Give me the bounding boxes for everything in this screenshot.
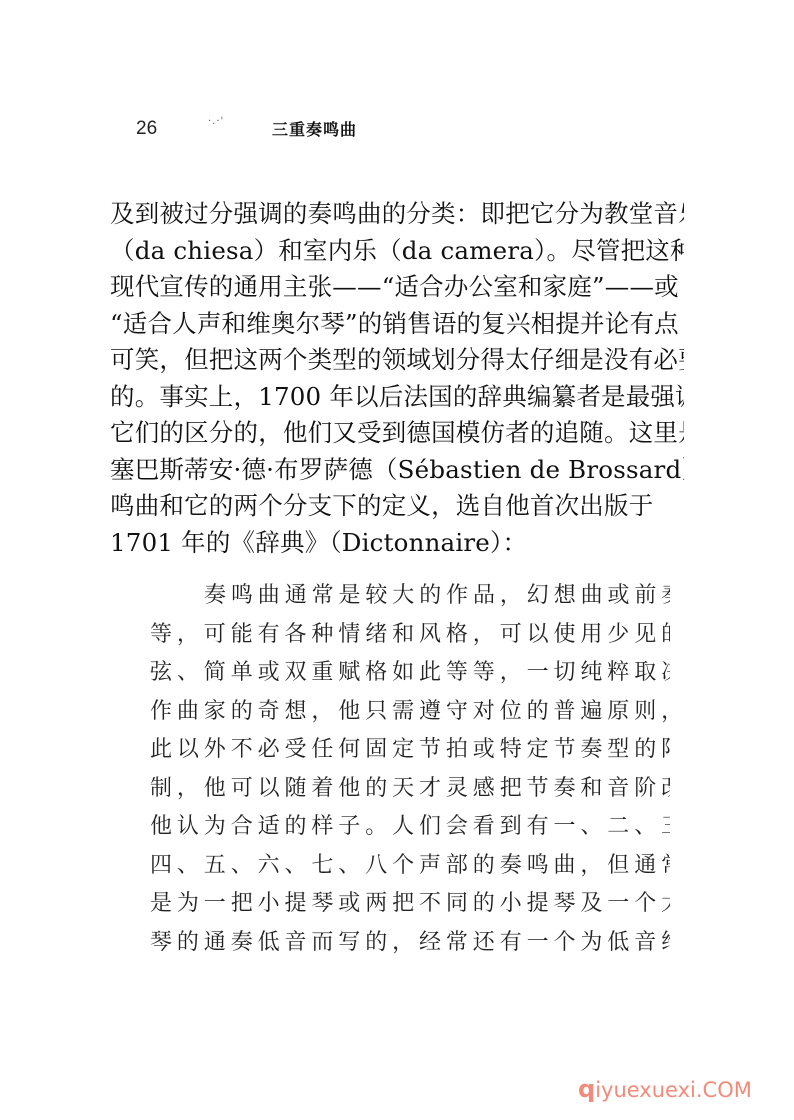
page-number: 26 [136,118,157,140]
body-line: 现代宣传的通用主张——“适合办公室和家庭”——或 [110,269,684,306]
body-line: （da chiesa）和室内乐（da camera）。尽管把这种分类和 [110,233,684,270]
body-line: “适合人声和维奥尔琴”的销售语的复兴相提并论有点 [110,306,684,343]
quote-line: 制，他可以随着他的天才灵感把节奏和音阶改成 [150,770,670,809]
body-line: 可笑，但把这两个类型的领域划分得太仔细是没有必要 [110,342,684,379]
quote-line: 此以外不必受任何固定节拍或特定节奏型的限 [150,731,670,770]
watermark-text: iyuexuexi.COM [595,1078,752,1102]
quote-line: 作曲家的奇想，他只需遵守对位的普遍原则，除 [150,693,670,732]
header-mark: ·.·' [208,116,224,127]
quote-line: 琴的通奏低音而写的，经常还有一个为低音维奥 [150,924,670,963]
body-line: 及到被过分强调的奏鸣曲的分类：即把它分为教堂音乐 [110,196,684,233]
running-title: 三重奏鸣曲 [272,117,357,140]
quote-line: 奏鸣曲通常是较大的作品，幻想曲或前奏曲 [150,577,670,616]
watermark-prefix: q [578,1075,595,1103]
quote-line: 他认为合适的样子。人们会看到有一、二、三、 [150,808,670,847]
watermark-logo: qiyuexuexi.COM [578,1075,752,1103]
quote-line: 等，可能有各种情绪和风格，可以使用少见的和 [150,616,670,655]
body-line: 1701 年的《辞典》（Dictonnaire）： [110,525,684,562]
body-line: 的。事实上，1700 年以后法国的辞典编纂者是最强调 [110,379,684,416]
quote-line: 四、五、六、七、八个声部的奏鸣曲，但通常它 [150,847,670,886]
body-line: 塞巴斯蒂安·德·布罗萨德（Sébastien de Brossard）给奏 [110,452,684,489]
quote-line: 弦、简单或双重赋格如此等等，一切纯粹取决于 [150,654,670,693]
body-paragraph: 及到被过分强调的奏鸣曲的分类：即把它分为教堂音乐 （da chiesa）和室内乐… [110,196,684,561]
body-line: 它们的区分的，他们又受到德国模仿者的追随。这里是 [110,415,684,452]
body-line: 鸣曲和它的两个分支下的定义，选自他首次出版于 [110,488,684,525]
block-quote: 奏鸣曲通常是较大的作品，幻想曲或前奏曲 等，可能有各种情绪和风格，可以使用少见的… [150,577,670,962]
quote-line: 是为一把小提琴或两把不同的小提琴及一个大键 [150,885,670,924]
